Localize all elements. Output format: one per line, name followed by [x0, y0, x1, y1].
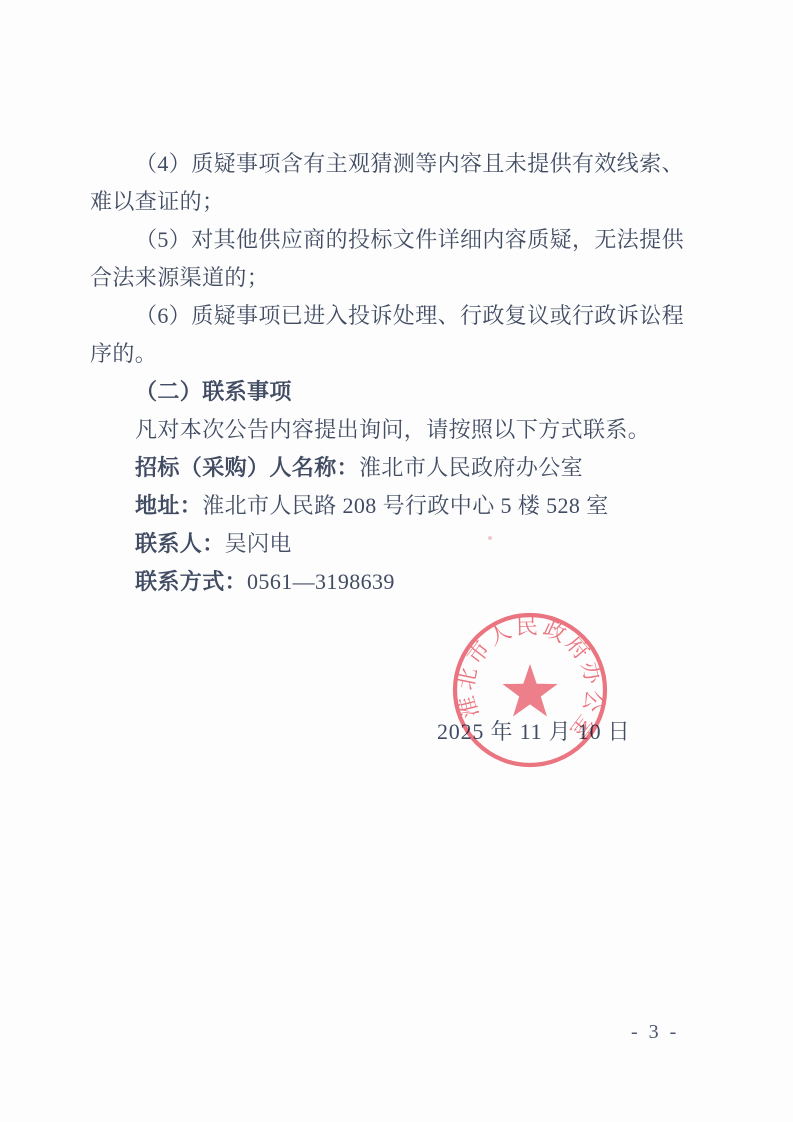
contact-line-person: 联系人：吴闪电 [90, 525, 706, 563]
contact-line-address: 地址：淮北市人民路 208 号行政中心 5 楼 528 室 [90, 487, 706, 525]
purchaser-label: 招标（采购）人名称： [135, 455, 359, 480]
address-value: 淮北市人民路 208 号行政中心 5 楼 528 室 [202, 493, 608, 518]
contact-person-label: 联系人： [135, 531, 225, 556]
contact-line-phone: 联系方式：0561—3198639 [90, 563, 706, 601]
date-line: 2025 年 11 月 10 日 [437, 717, 630, 747]
purchaser-value: 淮北市人民政府办公室 [359, 455, 583, 480]
contact-line-purchaser: 招标（采购）人名称：淮北市人民政府办公室 [90, 449, 706, 487]
address-label: 地址： [135, 493, 202, 518]
official-seal-stamp: 淮北市人民政府办公室 [446, 606, 614, 774]
section-heading: （二）联系事项 [90, 373, 706, 411]
scan-artifact-speck [488, 536, 492, 540]
contact-person-value: 吴闪电 [225, 531, 292, 556]
document-body: （4）质疑事项含有主观猜测等内容且未提供有效线索、难以查证的； （5）对其他供应… [90, 145, 706, 601]
paragraph-item-5: （5）对其他供应商的投标文件详细内容质疑，无法提供合法来源渠道的； [90, 221, 706, 297]
page-number: - 3 - [631, 1021, 679, 1044]
paragraph-item-4: （4）质疑事项含有主观猜测等内容且未提供有效线索、难以查证的； [90, 145, 706, 221]
phone-label: 联系方式： [135, 569, 247, 594]
document-page: （4）质疑事项含有主观猜测等内容且未提供有效线索、难以查证的； （5）对其他供应… [0, 0, 793, 1122]
intro-line: 凡对本次公告内容提出询问，请按照以下方式联系。 [90, 411, 706, 449]
star-icon [502, 664, 557, 717]
paragraph-item-6: （6）质疑事项已进入投诉处理、行政复议或行政诉讼程序的。 [90, 297, 706, 373]
phone-value: 0561—3198639 [247, 569, 395, 594]
